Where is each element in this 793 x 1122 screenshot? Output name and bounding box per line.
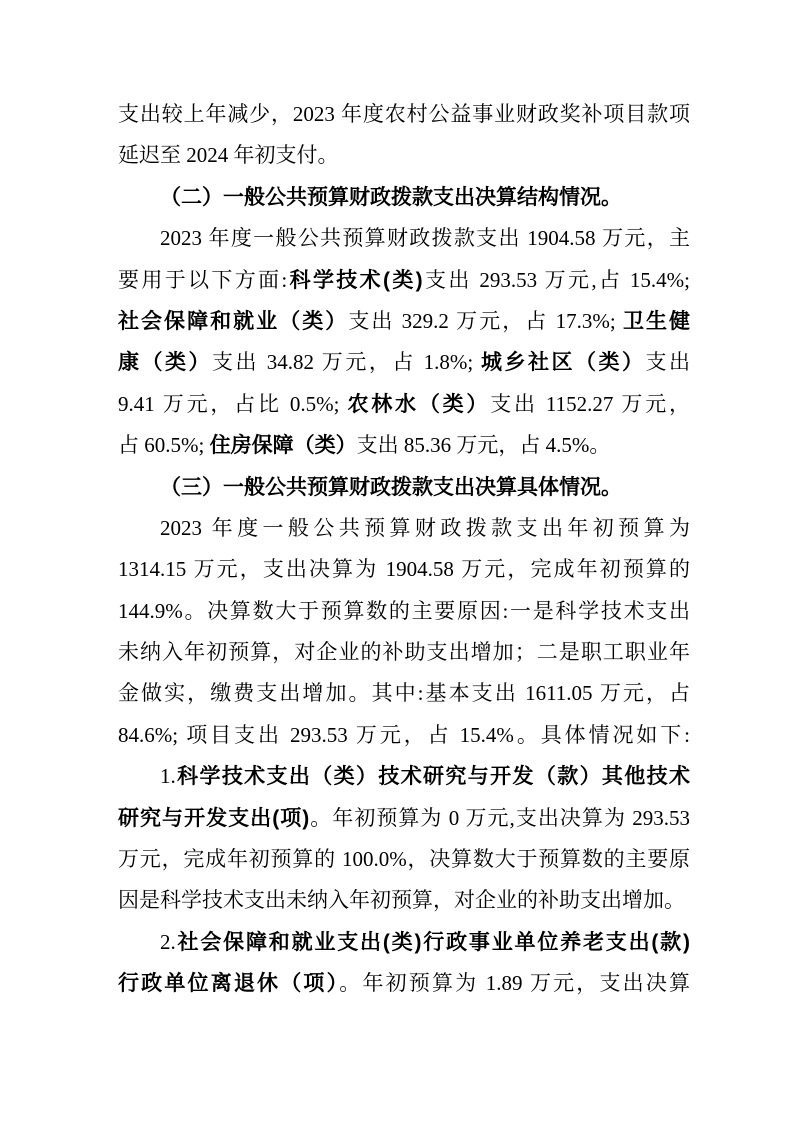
bold-text-run: 社会保障和就业（类） — [118, 310, 348, 333]
bold-text-run: 研究与开发支出(项) — [118, 807, 309, 830]
text-run: 1314.15 万元，支出决算为 1904.58 万元，完成年初预算的 — [118, 557, 690, 581]
text-line: 因是科学技术支出未纳入年初预算，对企业的补助支出增加。 — [118, 880, 690, 921]
text-line: 行政单位离退休（项）。年初预算为 1.89 万元，支出决算 — [118, 963, 690, 1004]
text-line: 社会保障和就业（类）支出 329.2 万元，占 17.3%; 卫生健 — [118, 301, 690, 342]
text-run: 。年初预算为 0 万元,支出决算为 293.53 — [309, 806, 690, 830]
bold-text-run: 社会保障和就业支出(类)行政事业单位养老支出(款) — [176, 931, 690, 954]
text-run: 支出 1152.27 万元， — [490, 392, 690, 416]
text-line: 未纳入年初预算，对企业的补助支出增加；二是职工职业年 — [118, 632, 690, 673]
text-run: 支出 85.36 万元，占 4.5%。 — [357, 433, 611, 457]
text-run: 支出 — [646, 350, 691, 374]
text-run: 9.41 万元，占比 0.5%; — [118, 392, 347, 416]
text-run: 占 60.5%; — [118, 433, 210, 457]
bold-text-run: 农林水（类） — [347, 393, 490, 416]
text-line: 2.社会保障和就业支出(类)行政事业单位养老支出(款) — [118, 922, 690, 963]
text-run: 1. — [160, 764, 176, 788]
text-run: 金做实，缴费支出增加。其中:基本支出 1611.05 万元，占 — [118, 681, 690, 705]
text-run: 支出 293.53 万元,占 15.4%; — [423, 268, 690, 292]
text-run: 支出较上年减少，2023 年度农村公益事业财政奖补项目款项 — [118, 102, 690, 126]
text-line: 万元，完成年初预算的 100.0%，决算数大于预算数的主要原 — [118, 839, 690, 880]
text-line: 1314.15 万元，支出决算为 1904.58 万元，完成年初预算的 — [118, 549, 690, 590]
text-line: 要用于以下方面:科学技术(类)支出 293.53 万元,占 15.4%; — [118, 260, 690, 301]
text-line: （三）一般公共预算财政拨款支出决算具体情况。 — [118, 467, 690, 508]
text-line: 研究与开发支出(项)。年初预算为 0 万元,支出决算为 293.53 — [118, 798, 690, 839]
text-run: 2. — [160, 930, 176, 954]
text-line: 支出较上年减少，2023 年度农村公益事业财政奖补项目款项 — [118, 94, 690, 135]
text-line: 康（类）支出 34.82 万元，占 1.8%; 城乡社区（类）支出 — [118, 342, 690, 383]
text-line: 延迟至 2024 年初支付。 — [118, 135, 690, 176]
text-run: 万元，完成年初预算的 100.0%，决算数大于预算数的主要原 — [118, 847, 690, 871]
bold-text-run: （三）一般公共预算财政拨款支出决算具体情况。 — [160, 476, 622, 499]
text-run: 支出 329.2 万元，占 17.3%; — [348, 309, 623, 333]
text-line: 9.41 万元，占比 0.5%; 农林水（类）支出 1152.27 万元， — [118, 384, 690, 425]
text-line: 金做实，缴费支出增加。其中:基本支出 1611.05 万元，占 — [118, 673, 690, 714]
bold-text-run: 科学技术支出（类）技术研究与开发（款）其他技术 — [176, 765, 690, 788]
document-text-block: 支出较上年减少，2023 年度农村公益事业财政奖补项目款项延迟至 2024 年初… — [118, 94, 690, 1005]
text-line: 2023 年度一般公共预算财政拨款支出年初预算为 — [118, 508, 690, 549]
text-run: 支出 34.82 万元，占 1.8%; — [212, 350, 481, 374]
text-line: 占 60.5%; 住房保障（类）支出 85.36 万元，占 4.5%。 — [118, 425, 690, 466]
bold-text-run: 行政单位离退休（项） — [118, 972, 339, 995]
text-line: 144.9%。决算数大于预算数的主要原因:一是科学技术支出 — [118, 591, 690, 632]
text-run: 因是科学技术支出未纳入年初预算，对企业的补助支出增加。 — [118, 888, 685, 912]
bold-text-run: 康（类） — [118, 351, 212, 374]
bold-text-run: 科学技术(类) — [287, 269, 422, 292]
text-run: 2023 年度一般公共预算财政拨款支出年初预算为 — [160, 516, 690, 540]
text-run: 2023 年度一般公共预算财政拨款支出 1904.58 万元，主 — [160, 226, 690, 250]
text-line: 1.科学技术支出（类）技术研究与开发（款）其他技术 — [118, 756, 690, 797]
text-run: 要用于以下方面: — [118, 268, 287, 292]
text-run: 未纳入年初预算，对企业的补助支出增加；二是职工职业年 — [118, 640, 690, 664]
text-line: 84.6%; 项目支出 293.53 万元，占 15.4%。具体情况如下: — [118, 715, 690, 756]
text-run: 延迟至 2024 年初支付。 — [118, 143, 339, 167]
text-run: 144.9%。决算数大于预算数的主要原因:一是科学技术支出 — [118, 599, 690, 623]
text-run: 。年初预算为 1.89 万元，支出决算 — [339, 971, 690, 995]
text-run: 84.6%; 项目支出 293.53 万元，占 15.4%。具体情况如下: — [118, 723, 690, 747]
bold-text-run: 住房保障（类） — [210, 434, 357, 457]
bold-text-run: 卫生健 — [623, 310, 690, 333]
bold-text-run: （二）一般公共预算财政拨款支出决算结构情况。 — [160, 186, 622, 209]
text-line: 2023 年度一般公共预算财政拨款支出 1904.58 万元，主 — [118, 218, 690, 259]
bold-text-run: 城乡社区（类） — [481, 351, 646, 374]
document-page: 支出较上年减少，2023 年度农村公益事业财政奖补项目款项延迟至 2024 年初… — [0, 0, 793, 1122]
text-line: （二）一般公共预算财政拨款支出决算结构情况。 — [118, 177, 690, 218]
